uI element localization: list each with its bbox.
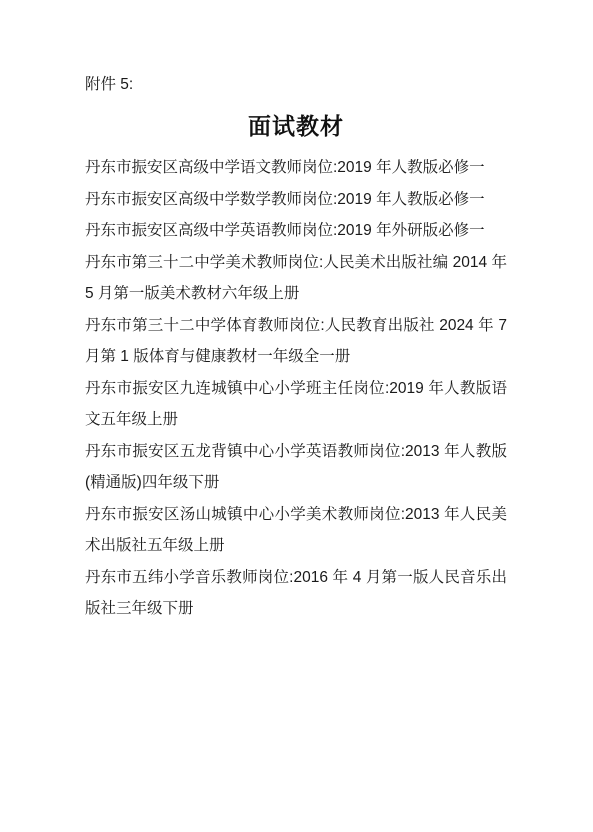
document-title: 面试教材 <box>85 111 507 143</box>
textbook-paragraph: 丹东市第三十二中学美术教师岗位:人民美术出版社编 2014 年 5 月第一版美术… <box>85 247 507 310</box>
textbook-paragraph: 丹东市第三十二中学体育教师岗位:人民教育出版社 2024 年 7 月第 1 版体… <box>85 310 507 373</box>
textbook-paragraph: 丹东市振安区高级中学英语教师岗位:2019 年外研版必修一 <box>85 215 507 247</box>
textbook-paragraph: 丹东市五纬小学音乐教师岗位:2016 年 4 月第一版人民音乐出版社三年级下册 <box>85 562 507 625</box>
textbook-paragraph: 丹东市振安区汤山城镇中心小学美术教师岗位:2013 年人民美术出版社五年级上册 <box>85 499 507 562</box>
textbook-paragraph: 丹东市振安区九连城镇中心小学班主任岗位:2019 年人教版语文五年级上册 <box>85 373 507 436</box>
textbook-paragraph: 丹东市振安区五龙背镇中心小学英语教师岗位:2013 年人教版(精通版)四年级下册 <box>85 436 507 499</box>
attachment-label: 附件 5: <box>85 69 507 101</box>
textbook-paragraph: 丹东市振安区高级中学数学教师岗位:2019 年人教版必修一 <box>85 184 507 216</box>
document-page: 附件 5: 面试教材 丹东市振安区高级中学语文教师岗位:2019 年人教版必修一… <box>0 0 593 832</box>
textbook-paragraph: 丹东市振安区高级中学语文教师岗位:2019 年人教版必修一 <box>85 152 507 184</box>
document-body: 丹东市振安区高级中学语文教师岗位:2019 年人教版必修一 丹东市振安区高级中学… <box>85 152 507 625</box>
